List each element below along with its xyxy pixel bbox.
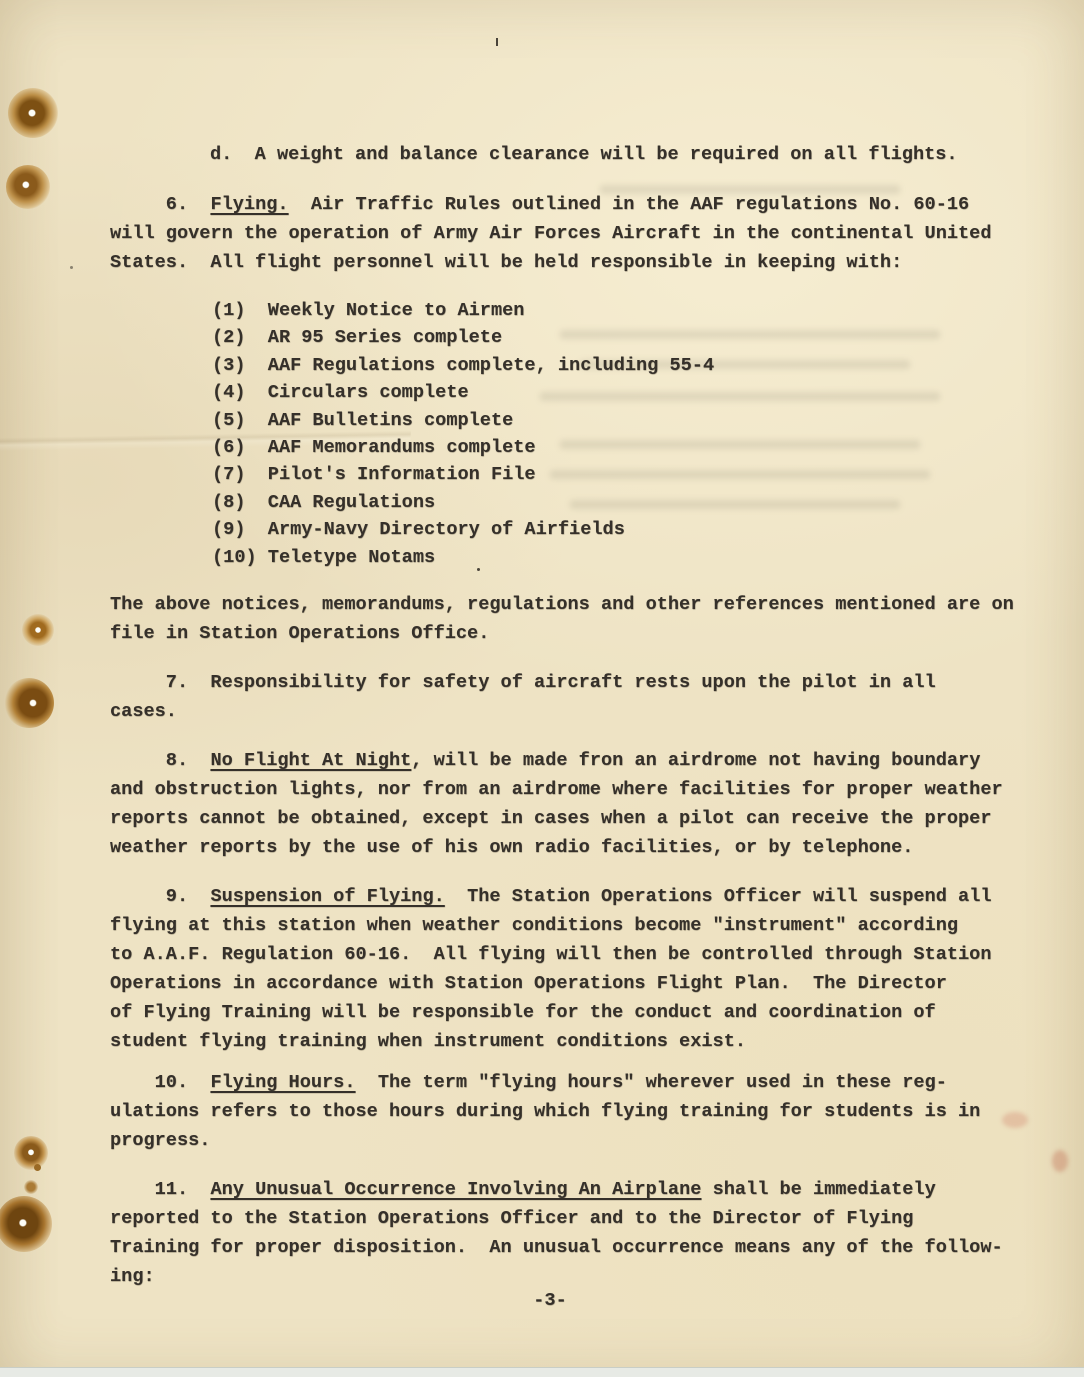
ink-speck — [496, 38, 498, 46]
text-line: 6. Flying. Air Traffic Rules outlined in… — [110, 190, 1024, 219]
underlined-heading: Flying Hours. — [210, 1072, 355, 1093]
text-line: The above notices, memorandums, regulati… — [110, 590, 1024, 619]
text-line: (9) Army-Navy Directory of Airfields — [212, 516, 1024, 543]
section-8-no-flight-at-night: 8. No Flight At Night, will be made fron… — [110, 746, 1024, 862]
text-line: Operations in accordance with Station Op… — [110, 969, 1024, 998]
underlined-heading: Flying. — [210, 194, 288, 215]
document-body: d. A weight and balance clearance will b… — [110, 140, 1024, 1291]
section-10-flying-hours: 10. Flying Hours. The term "flying hours… — [110, 1068, 1024, 1155]
text-line: Training for proper disposition. An unus… — [110, 1233, 1024, 1262]
text-line: of Flying Training will be responsible f… — [110, 998, 1024, 1027]
section-7-responsibility: 7. Responsibility for safety of aircraft… — [110, 668, 1024, 726]
underlined-heading: Any Unusual Occurrence Involving An Airp… — [210, 1179, 701, 1200]
rust-speck — [24, 1180, 38, 1194]
references-list: (1) Weekly Notice to Airmen(2) AR 95 Ser… — [212, 297, 1024, 571]
rust-stain — [14, 1136, 48, 1170]
text-line: 7. Responsibility for safety of aircraft… — [110, 668, 1024, 697]
page-number: -3- — [500, 1291, 600, 1311]
text-line: 11. Any Unusual Occurrence Involving An … — [110, 1175, 1024, 1204]
scan-edge-strip — [0, 1367, 1084, 1377]
text-line: (8) CAA Regulations — [212, 489, 1024, 516]
text-line: will govern the operation of Army Air Fo… — [110, 219, 1024, 248]
section-11-unusual-occurrence: 11. Any Unusual Occurrence Involving An … — [110, 1175, 1024, 1291]
item-d: d. A weight and balance clearance will b… — [210, 140, 1024, 169]
text-line: 10. Flying Hours. The term "flying hours… — [110, 1068, 1024, 1097]
text-line: (10) Teletype Notams — [212, 544, 1024, 571]
text-line: and obstruction lights, nor from an aird… — [110, 775, 1024, 804]
underlined-heading: Suspension of Flying. — [210, 886, 444, 907]
scanned-document-page: d. A weight and balance clearance will b… — [0, 0, 1084, 1377]
section-9-suspension-of-flying: 9. Suspension of Flying. The Station Ope… — [110, 882, 1024, 1056]
text-line: (5) AAF Bulletins complete — [212, 407, 1024, 434]
text-line: 9. Suspension of Flying. The Station Ope… — [110, 882, 1024, 911]
text-line: (3) AAF Regulations complete, including … — [212, 352, 1024, 379]
text-line: (4) Circulars complete — [212, 379, 1024, 406]
rust-stain — [8, 88, 58, 138]
text-line: file in Station Operations Office. — [110, 619, 1024, 648]
text-line: d. A weight and balance clearance will b… — [210, 140, 1024, 169]
text-line: (2) AR 95 Series complete — [212, 324, 1024, 351]
paper-smudge — [1052, 1150, 1068, 1172]
rust-stain — [6, 165, 50, 209]
text-line: to A.A.F. Regulation 60-16. All flying w… — [110, 940, 1024, 969]
text-line: flying at this station when weather cond… — [110, 911, 1024, 940]
text-line: (7) Pilot's Information File — [212, 461, 1024, 488]
text-line: (1) Weekly Notice to Airmen — [212, 297, 1024, 324]
text-line: weather reports by the use of his own ra… — [110, 833, 1024, 862]
rust-stain — [4, 678, 54, 728]
text-line: 8. No Flight At Night, will be made fron… — [110, 746, 1024, 775]
text-line: reported to the Station Operations Offic… — [110, 1204, 1024, 1233]
rust-speck — [34, 1164, 41, 1171]
text-line: ulations refers to those hours during wh… — [110, 1097, 1024, 1126]
rust-stain — [22, 614, 54, 646]
text-line: (6) AAF Memorandums complete — [212, 434, 1024, 461]
underlined-heading: No Flight At Night — [210, 750, 411, 771]
text-line: ing: — [110, 1262, 1024, 1291]
text-line: States. All flight personnel will be hel… — [110, 248, 1024, 277]
paragraph-references-note: The above notices, memorandums, regulati… — [110, 590, 1024, 648]
text-line: cases. — [110, 697, 1024, 726]
section-6-flying: 6. Flying. Air Traffic Rules outlined in… — [110, 190, 1024, 277]
rust-stain — [0, 1196, 52, 1252]
ink-speck — [70, 266, 73, 269]
text-line: progress. — [110, 1126, 1024, 1155]
text-line: reports cannot be obtained, except in ca… — [110, 804, 1024, 833]
text-line: student flying training when instrument … — [110, 1027, 1024, 1056]
